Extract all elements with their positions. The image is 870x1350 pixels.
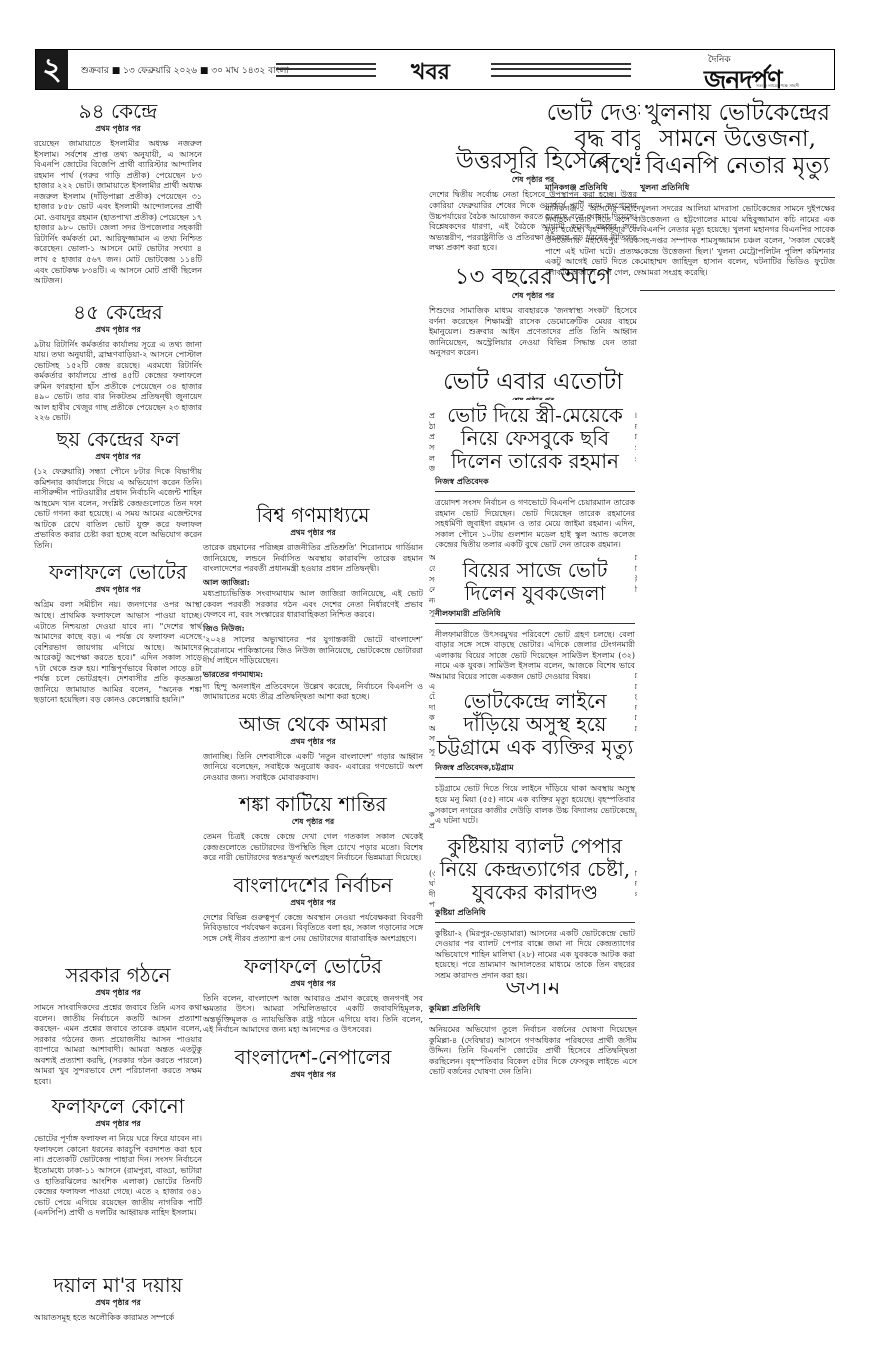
headline: ছয় কেন্দ্রের ফল xyxy=(34,428,202,451)
jump-line: প্রথম পৃষ্ঠার পর xyxy=(203,528,423,540)
article[interactable]: আজ থেকে আমরা প্রথম পৃষ্ঠার পর জানাচ্ছি। … xyxy=(203,713,423,784)
article-body: (১২ ফেব্রুয়ারি) সন্ধ্যা পৌনে ৮টার দিকে … xyxy=(34,467,202,551)
headline: কুষ্টিয়ায় ব্যালট পেপার নিয়ে কেন্দ্রত্… xyxy=(435,835,635,904)
article[interactable]: কুষ্টিয়ায় ব্যালট পেপার নিয়ে কেন্দ্রত্… xyxy=(435,835,635,982)
subsection-label: ভারতের গণমাধ্যম: xyxy=(203,669,423,680)
article-body: শিশুদের সামাজিক মাধ্যম ব্যবহারকে 'জনস্বা… xyxy=(429,306,637,359)
article[interactable]: ফলাফলে ভোটের প্রথম পৃষ্ঠার পর অগ্রিম বলা… xyxy=(34,561,202,705)
jump-line: প্রথম পৃষ্ঠার পর xyxy=(34,325,202,337)
byline: খুলনা প্রতিনিধি xyxy=(640,182,835,198)
article-body: ভোটের পূর্ণাঙ্গ ফলাফল না নিয়ে ঘরে ফিরে … xyxy=(34,1134,202,1218)
article[interactable]: শঙ্কা কাটিয়ে শান্তির শেষ পৃষ্ঠার পর তেম… xyxy=(203,793,423,864)
article[interactable]: বিশ্ব গণমাধ্যমে প্রথম পৃষ্ঠার পর তারেক র… xyxy=(203,504,423,703)
jump-line: প্রথম পৃষ্ঠার পর xyxy=(34,452,202,464)
jump-line: প্রথম পৃষ্ঠার পর xyxy=(203,979,423,991)
subsection-body: দ্য হিন্দু অনলাইন প্রতিবেদনে উল্লেখ করেছ… xyxy=(203,682,423,703)
headline: ৪৫ কেন্দ্রের xyxy=(34,301,202,324)
subsection-label: আল জাজিরা: xyxy=(203,577,423,588)
headline: সরকার গঠনে xyxy=(34,964,202,987)
article[interactable]: সরকার গঠনে প্রথম পৃষ্ঠার পর সামনে সাংবাদ… xyxy=(34,964,202,1087)
article-body: নীলফামারীতে উৎসবমুখর পরিবেশে ভোট গ্রহণ চ… xyxy=(435,630,635,683)
article-body: তিনি বলেন, বাংলাদেশ আজ আবারও প্রমাণ করেছ… xyxy=(203,994,423,1036)
headline: বাংলাদেশের নির্বাচন xyxy=(203,874,423,897)
column-2: বিশ্ব গণমাধ্যমে প্রথম পৃষ্ঠার পর তারেক র… xyxy=(203,500,423,1085)
article-body: অগ্রিম বলা সমীচীন নয়। জনগণের ওপর আস্থা … xyxy=(34,600,202,705)
article[interactable]: বাংলাদেশ-নেপালের প্রথম পৃষ্ঠার পর xyxy=(203,1046,423,1082)
section-rule-left xyxy=(276,63,376,77)
headline: দয়াল মা'র দয়ায় xyxy=(34,1274,202,1297)
byline: কুষ্টিয়া প্রতিনিধি xyxy=(435,907,635,923)
headline: ভোট এবার এতোটা xyxy=(429,369,637,395)
article[interactable]: ভোট দিয়ে স্ত্রী-মেয়েকে নিয়ে ফেসবুকে ছ… xyxy=(435,404,635,551)
article-body: তারেক রহমানের পরিচ্ছন্ন রাজনীতির প্রতিশ্… xyxy=(203,543,423,575)
column-4-mid: ভোট দিয়ে স্ত্রী-মেয়েকে নিয়ে ফেসবুকে ছ… xyxy=(435,400,635,983)
article[interactable]: ভোটকেন্দ্রে লাইনে দাঁড়িয়ে অসুস্থ হয়ে … xyxy=(435,690,635,826)
headline: ফলাফলে ভোটের xyxy=(203,955,423,978)
article-body: অনিয়মের অভিযোগ তুলে নির্বাচন বর্জনের ঘো… xyxy=(429,1025,637,1078)
section-rule-right xyxy=(491,63,631,77)
column-1-lower: সরকার গঠনে প্রথম পৃষ্ঠার পর সামনে সাংবাদ… xyxy=(34,960,202,1221)
jump-line: প্রথম পৃষ্ঠার পর xyxy=(34,585,202,597)
logo-tagline: সত্য ও ন্যায়ের পক্ষে সাহসী xyxy=(756,83,799,90)
byline: নিজস্ব প্রতিবেদক xyxy=(435,476,635,492)
subsection-body: মধ্যপ্রাচ্যভিত্তিক সংবাদমাধ্যম আল জাজিরা… xyxy=(203,589,423,621)
article-body: ৯টায় রিটার্নিং কর্মকর্তার কার্যালয় সূত… xyxy=(34,340,202,424)
article[interactable]: দয়াল মা'র দয়ায় প্রথম পৃষ্ঠার পর আয়াত… xyxy=(34,1270,202,1326)
jump-line: প্রথম পৃষ্ঠার পর xyxy=(34,124,202,136)
headline: শঙ্কা কাটিয়ে শান্তির xyxy=(203,793,423,816)
subsection-label: জিও নিউজ: xyxy=(203,623,423,634)
headline: বিশ্ব গণমাধ্যমে xyxy=(203,504,423,527)
jump-line: প্রথম পৃষ্ঠার পর xyxy=(34,988,202,1000)
headline: বাংলাদেশ-নেপালের xyxy=(203,1046,423,1069)
article-body: কুষ্টিয়া-২ (মিরপুর-ভেড়ামারা) আসনের একট… xyxy=(435,929,635,982)
section-title: খবর xyxy=(411,55,450,92)
byline: নীলফামারী প্রতিনিধি xyxy=(435,608,635,624)
jump-line: প্রথম পৃষ্ঠার পর xyxy=(34,1298,202,1310)
article-body: দেশের বিভিন্ন গুরুত্বপূর্ণ কেন্দ্রে অবস্… xyxy=(203,913,423,945)
article-body: ত্রয়োদশ সংসদ নির্বাচন ও গণভোটে বিএনপি চ… xyxy=(435,498,635,551)
masthead: ২ শুক্রবার ■ ১৩ ফেব্রুয়ারি ২০২৬ ■ ৩০ মা… xyxy=(35,49,835,90)
byline: কুমিল্লা প্রতিনিধি xyxy=(429,1003,637,1019)
page-number: ২ xyxy=(36,50,68,89)
headline: ৯৪ কেন্দ্রে xyxy=(34,100,202,123)
article[interactable]: খুলনায় ভোটকেন্দ্রের সামনে উত্তেজনা, বিএ… xyxy=(640,100,835,278)
jump-line: প্রথম পৃষ্ঠার পর xyxy=(203,898,423,910)
article[interactable]: ফলাফলে ভোটের প্রথম পৃষ্ঠার পর তিনি বলেন,… xyxy=(203,955,423,1036)
headline: ভোট দিয়ে স্ত্রী-মেয়েকে নিয়ে ফেসবুকে ছ… xyxy=(435,404,635,473)
article-body: চট্টগ্রামে ভোট দিতে গিয়ে লাইনে দাঁড়িয়… xyxy=(435,784,635,826)
article-body: সামনে সাংবাদিকদের প্রশ্নের জবাবে তিনি এস… xyxy=(34,1003,202,1087)
article[interactable]: ৪৫ কেন্দ্রের প্রথম পৃষ্ঠার পর ৯টায় রিটা… xyxy=(34,301,202,424)
article[interactable]: বাংলাদেশের নির্বাচন প্রথম পৃষ্ঠার পর দেশ… xyxy=(203,874,423,945)
article-body: জানাচ্ছি। তিনি দেশবাসীকে একটি 'নতুন বাংল… xyxy=(203,752,423,784)
subsection-body: '২০২৪ সালের অভ্যুত্থানের পর যুগান্তকারী … xyxy=(203,635,423,667)
jump-line: শেষ পৃষ্ঠার পর xyxy=(429,291,637,303)
article[interactable]: ফলাফলে কোনো প্রথম পৃষ্ঠার পর ভোটের পূর্ণ… xyxy=(34,1095,202,1218)
article[interactable]: বিয়ের সাজে ভোট দিলেন যুবকজেলা নীলফামারী… xyxy=(435,559,635,683)
article-body: খুলনা সদরের আলিয়া মাদরাসা ভোটকেন্দ্রের … xyxy=(640,204,835,278)
headline: ফলাফলে কোনো xyxy=(34,1095,202,1118)
headline: খুলনায় ভোটকেন্দ্রের সামনে উত্তেজনা, বিএ… xyxy=(640,100,835,179)
headline: বিয়ের সাজে ভোট দিলেন যুবকজেলা xyxy=(435,559,635,605)
article[interactable] xyxy=(640,288,835,291)
column-1: ৯৪ কেন্দ্রে প্রথম পৃষ্ঠার পর রয়েছেন জাম… xyxy=(34,96,202,708)
column-5: খুলনায় ভোটকেন্দ্রের সামনে উত্তেজনা, বিএ… xyxy=(640,96,835,297)
article-body: রয়েছেন জামায়াতে ইসলামীর অধ্যক্ষ নজরুল … xyxy=(34,139,202,287)
headline: ফলাফলে ভোটের xyxy=(34,561,202,584)
article-body: তেমন চিত্রই কেন্দ্রে কেন্দ্রে দেখা গেল গ… xyxy=(203,832,423,864)
jump-line: শেষ পৃষ্ঠার পর xyxy=(203,817,423,829)
byline: নিজস্ব প্রতিবেদক,চট্টগ্রাম xyxy=(435,762,635,778)
article[interactable]: ৯৪ কেন্দ্রে প্রথম পৃষ্ঠার পর রয়েছেন জাম… xyxy=(34,100,202,287)
jump-line: প্রথম পৃষ্ঠার পর xyxy=(34,1119,202,1131)
byline xyxy=(640,288,835,291)
jump-line: প্রথম পৃষ্ঠার পর xyxy=(203,737,423,749)
headline: ভোটকেন্দ্রে লাইনে দাঁড়িয়ে অসুস্থ হয়ে … xyxy=(435,690,635,759)
article[interactable]: ছয় কেন্দ্রের ফল প্রথম পৃষ্ঠার পর (১২ ফে… xyxy=(34,428,202,551)
headline: আজ থেকে আমরা xyxy=(203,713,423,736)
dateline: শুক্রবার ■ ১৩ ফেব্রুয়ারি ২০২৬ ■ ৩০ মাঘ … xyxy=(81,63,289,78)
jump-line: প্রথম পৃষ্ঠার পর xyxy=(203,1070,423,1082)
article-body: আয়াতসমূহ হতে অলৌকিক কারামত সম্পর্কে xyxy=(34,1313,202,1324)
